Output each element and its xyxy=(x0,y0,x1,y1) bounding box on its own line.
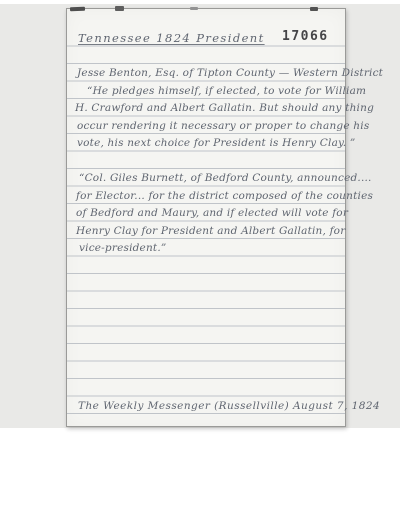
handwritten-line: vote, his next choice for President is H… xyxy=(77,136,355,151)
scanned-card: 17066 Tennessee 1824 President Jesse Ben… xyxy=(66,8,346,427)
handwritten-line: for Elector... for the district composed… xyxy=(76,189,373,204)
handwritten-line: Jesse Benton, Esq. of Tipton County — We… xyxy=(77,66,383,81)
handwritten-line: vice-president.” xyxy=(79,241,166,256)
paper-edge-mark xyxy=(190,7,198,10)
handwritten-line: “He pledges himself, if elected, to vote… xyxy=(87,84,366,99)
handwritten-line: of Bedford and Maury, and if elected wil… xyxy=(76,206,348,221)
handwritten-line: occur rendering it necessary or proper t… xyxy=(77,119,369,134)
handwritten-line: H. Crawford and Albert Gallatin. But sho… xyxy=(75,101,374,116)
paper-edge-mark xyxy=(310,7,318,11)
citation-line: The Weekly Messenger (Russellville) Augu… xyxy=(78,399,380,414)
handwritten-line: Henry Clay for President and Albert Gall… xyxy=(76,224,345,239)
archive-stamp-number: 17066 xyxy=(282,29,329,44)
card-header: Tennessee 1824 President xyxy=(78,31,265,46)
paper-edge-mark xyxy=(115,6,124,11)
paper-edge-mark xyxy=(70,7,85,12)
handwritten-line: “Col. Giles Burnett, of Bedford County, … xyxy=(79,171,372,186)
